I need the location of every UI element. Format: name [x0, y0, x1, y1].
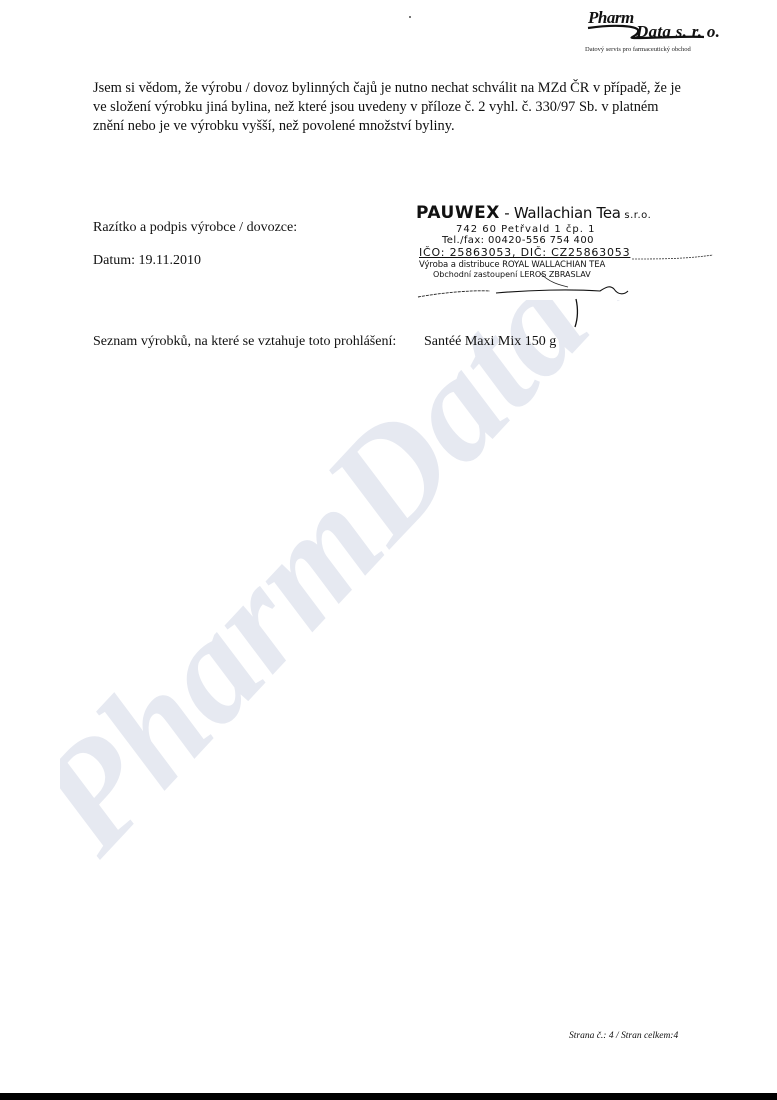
logo-brand-line2: Data s. r. o. [636, 22, 720, 42]
scan-speck [409, 16, 411, 18]
date-label: Datum: 19.11.2010 [93, 253, 201, 269]
pharmdata-logo: Pharm Data s. r. o. Datový servis pro fa… [580, 6, 730, 56]
declaration-line: ve složení výrobku jiná bylina, než kter… [93, 98, 703, 117]
declaration-paragraph: Jsem si vědom, že výrobu / dovoz bylinný… [93, 79, 703, 136]
watermark-text: PharmData s. r. o. [60, 300, 740, 880]
document-page: PharmData s. r. o. Pharm Data s. r. o. D… [0, 0, 777, 1100]
scan-edge-bar [0, 1093, 777, 1100]
products-label: Seznam výrobků, na které se vztahuje tot… [93, 334, 396, 350]
signature-label: Razítko a podpis výrobce / dovozce: [93, 220, 297, 236]
logo-tagline: Datový servis pro farmaceutický obchod [585, 46, 691, 53]
watermark: PharmData s. r. o. [60, 300, 740, 880]
company-stamp: PAUWEX - Wallachian Tea s.r.o. 742 60 Pe… [410, 203, 710, 333]
page-number: Strana č.: 4 / Stran celkem:4 [569, 1031, 678, 1041]
logo-brand-line1: Pharm [588, 8, 634, 28]
declaration-line: znění nebo je ve výrobku vyšší, než povo… [93, 117, 703, 136]
handwritten-signature [410, 203, 710, 333]
declaration-line: Jsem si vědom, že výrobu / dovoz bylinný… [93, 79, 703, 98]
products-value: Santéé Maxi Mix 150 g [424, 334, 556, 350]
